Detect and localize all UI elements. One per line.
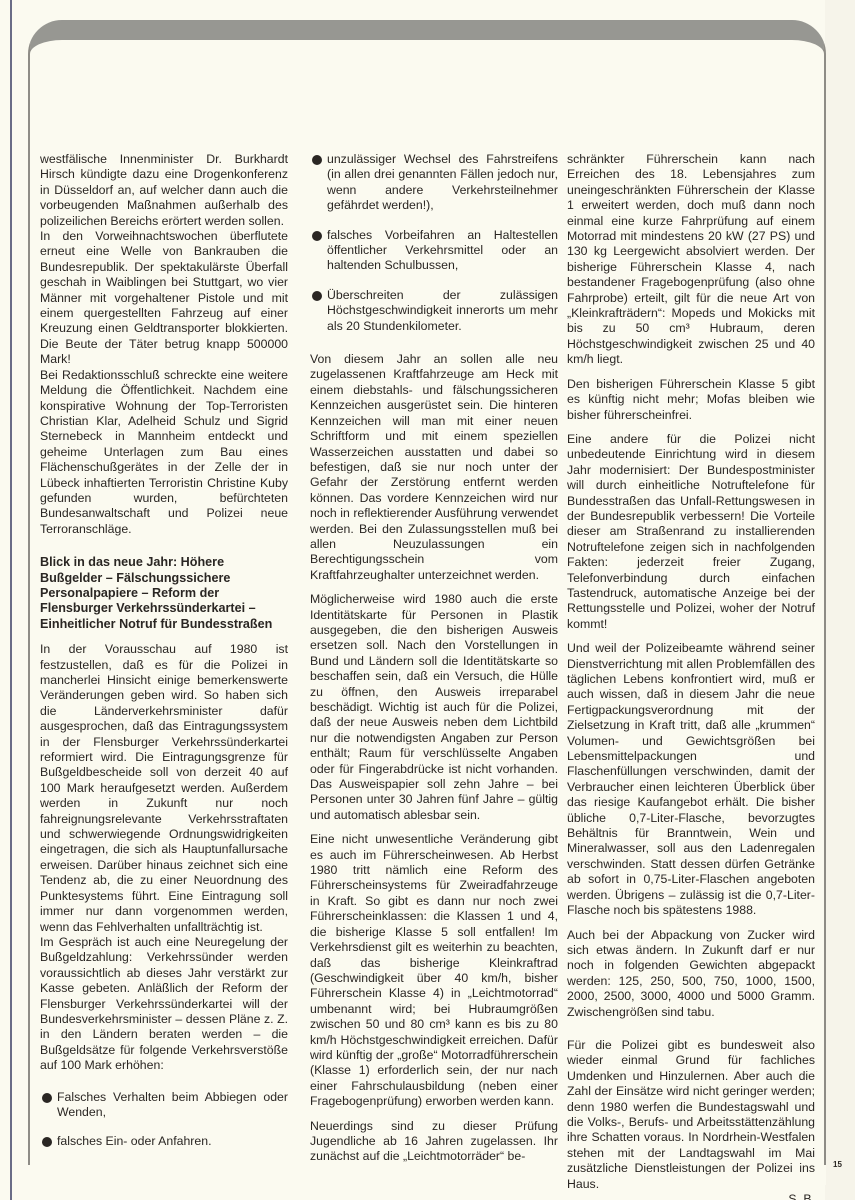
paragraph: Von diesem Jahr an sollen alle neu zugel…: [310, 352, 558, 583]
page-number: 15: [833, 1160, 842, 1169]
bullet-item: unzulässiger Wechsel des Fahrstreifens (…: [310, 152, 558, 214]
article-column-2: unzulässiger Wechsel des Fahrstreifens (…: [310, 152, 558, 1174]
bullet-item: falsches Vorbeifahren an Haltestellen öf…: [310, 228, 558, 274]
paragraph: Eine nicht unwesentliche Veränderung gib…: [310, 832, 558, 1109]
paragraph: Neuerdings sind zu dieser Prüfung Jugend…: [310, 1119, 558, 1165]
author-signature: S. B.: [788, 1192, 815, 1200]
paragraph: Bei Redaktionsschluß schreckte eine weit…: [40, 368, 288, 537]
article-column-1: westfälische Innenminister Dr. Burkhardt…: [40, 152, 288, 1164]
paragraph: schränkter Führerschein kann nach Erreic…: [567, 152, 815, 368]
bullet-list: Falsches Verhalten beim Abbiegen oder We…: [40, 1090, 288, 1150]
article-column-3: schränkter Führerschein kann nach Erreic…: [567, 152, 815, 1200]
paragraph: Möglicherweise wird 1980 auch die erste …: [310, 592, 558, 823]
scan-left-edge: [10, 0, 12, 1200]
paragraph: Im Gespräch ist auch eine Neuregelung de…: [40, 935, 288, 1074]
bullet-item: falsches Ein- oder Anfahren.: [40, 1134, 288, 1149]
paragraph: Und weil der Polizeibeamte während seine…: [567, 641, 815, 918]
paragraph: Für die Polizei gibt es bundesweit also …: [567, 1038, 815, 1192]
paragraph: In der Vorausschau auf 1980 ist festzust…: [40, 642, 288, 935]
section-heading: Blick in das neue Jahr: Höhere Bußgelder…: [40, 555, 288, 632]
scan-right-margin: [825, 0, 855, 1200]
paragraph: Den bisherigen Führerschein Klasse 5 gib…: [567, 377, 815, 423]
paragraph: In den Vorweihnachtswochen überflutete e…: [40, 229, 288, 368]
bullet-item: Überschreiten der zulässigen Höchstgesch…: [310, 288, 558, 334]
bullet-list: unzulässiger Wechsel des Fahrstreifens (…: [310, 152, 558, 334]
signature-line: S. B.: [567, 1192, 815, 1200]
bullet-item: Falsches Verhalten beim Abbiegen oder We…: [40, 1090, 288, 1121]
paragraph: Eine andere für die Polizei nicht unbede…: [567, 432, 815, 632]
paragraph: westfälische Innenminister Dr. Burkhardt…: [40, 152, 288, 229]
paragraph: Auch bei der Abpackung von Zucker wird s…: [567, 928, 815, 1020]
